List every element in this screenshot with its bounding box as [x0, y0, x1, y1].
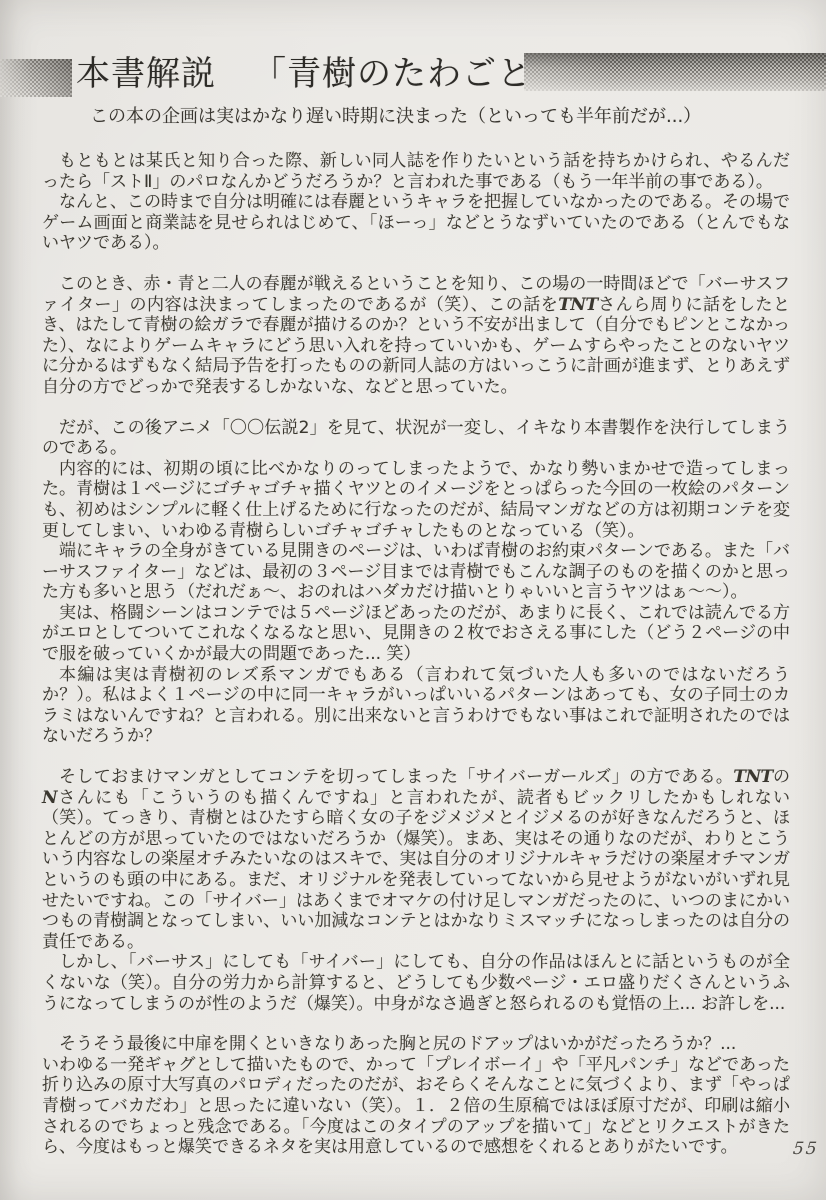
paragraph-cyber-post: さんにも「こういうのも描くんですね」と言われたが、読者もビックリしたかもしれない… [42, 788, 790, 952]
paragraph-however: しかし、「バーサス」にしても「サイバー」にしても、自分の作品はほんとに話というも… [42, 952, 790, 1014]
paragraph-versus: このとき、赤・青と二人の春麗が戦えるということを知り、この場の一時間ほどで「バー… [42, 274, 790, 398]
paragraph-anime: だが、この後アニメ「〇〇伝説2」を見て、状況が一変し、イキなり本書製作を決行して… [42, 418, 790, 459]
body-text: もともとは某氏と知り合った際、新しい同人誌を作りたいという話を持ちかけられ、やる… [42, 151, 790, 1158]
paragraph-content: 内容的には、初期の頃に比べかなりのってしまったようで、かなり勢いまかせで造ってし… [42, 459, 790, 541]
brand-n: N [42, 788, 57, 808]
paragraph-cyber: そしておまけマンガとしてコンテを切ってしまった「サイバーガールズ」の方である。T… [42, 767, 790, 952]
brand-tnt: TNT [733, 767, 772, 787]
paragraph-fight: 実は、格闘シーンはコンテでは５ページほどあったのだが、あまりに長く、これでは読ん… [42, 603, 790, 665]
scanned-document-page: 本書解説「青樹のたわごと」 この本の企画は実はかなり遅い時期に決まった（といって… [0, 0, 826, 1200]
title-text: 「青樹のたわごと」 [252, 54, 567, 94]
paragraph-chunli: なんと、この時まで自分は明確には春麗というキャラを把握していなかったのである。そ… [42, 192, 790, 254]
halftone-bar-left [0, 59, 72, 97]
brand-tnt: TNT [558, 295, 597, 315]
halftone-bar-right [524, 53, 826, 91]
section-label: 本書解説 [76, 54, 216, 94]
paragraph-les: 本編は実は青樹初のレズ系マンガでもある（言われて気づいた人も多いのではないだろう… [42, 665, 790, 747]
section-header: 本書解説「青樹のたわごと」 [0, 52, 826, 98]
paragraph-final-question: そうそう最後に中扉を開くといきなりあった胸と尻のドアップはいかがだったろうか？.… [42, 1034, 790, 1055]
page-number: 55 [792, 1139, 820, 1159]
page-title: 本書解説「青樹のたわごと」 [76, 53, 567, 96]
paragraph-cyber-no: の [773, 767, 790, 787]
paragraph-origin: もともとは某氏と知り合った際、新しい同人誌を作りたいという話を持ちかけられ、やる… [42, 151, 790, 192]
paragraph-final-rest: いわゆる一発ギャグとして描いたもので、かって「プレイボーイ」や「平凡パンチ」など… [42, 1055, 790, 1158]
subtitle-line: この本の企画は実はかなり遅い時期に決まった（といっても半年前だが...） [90, 105, 826, 129]
paragraph-spread: 端にキャラの全身がきている見開きのページは、いわば青樹のお約束パターンである。ま… [42, 541, 790, 603]
paragraph-cyber-pre: そしておまけマンガとしてコンテを切ってしまった「サイバーガールズ」の方である。 [59, 767, 733, 787]
